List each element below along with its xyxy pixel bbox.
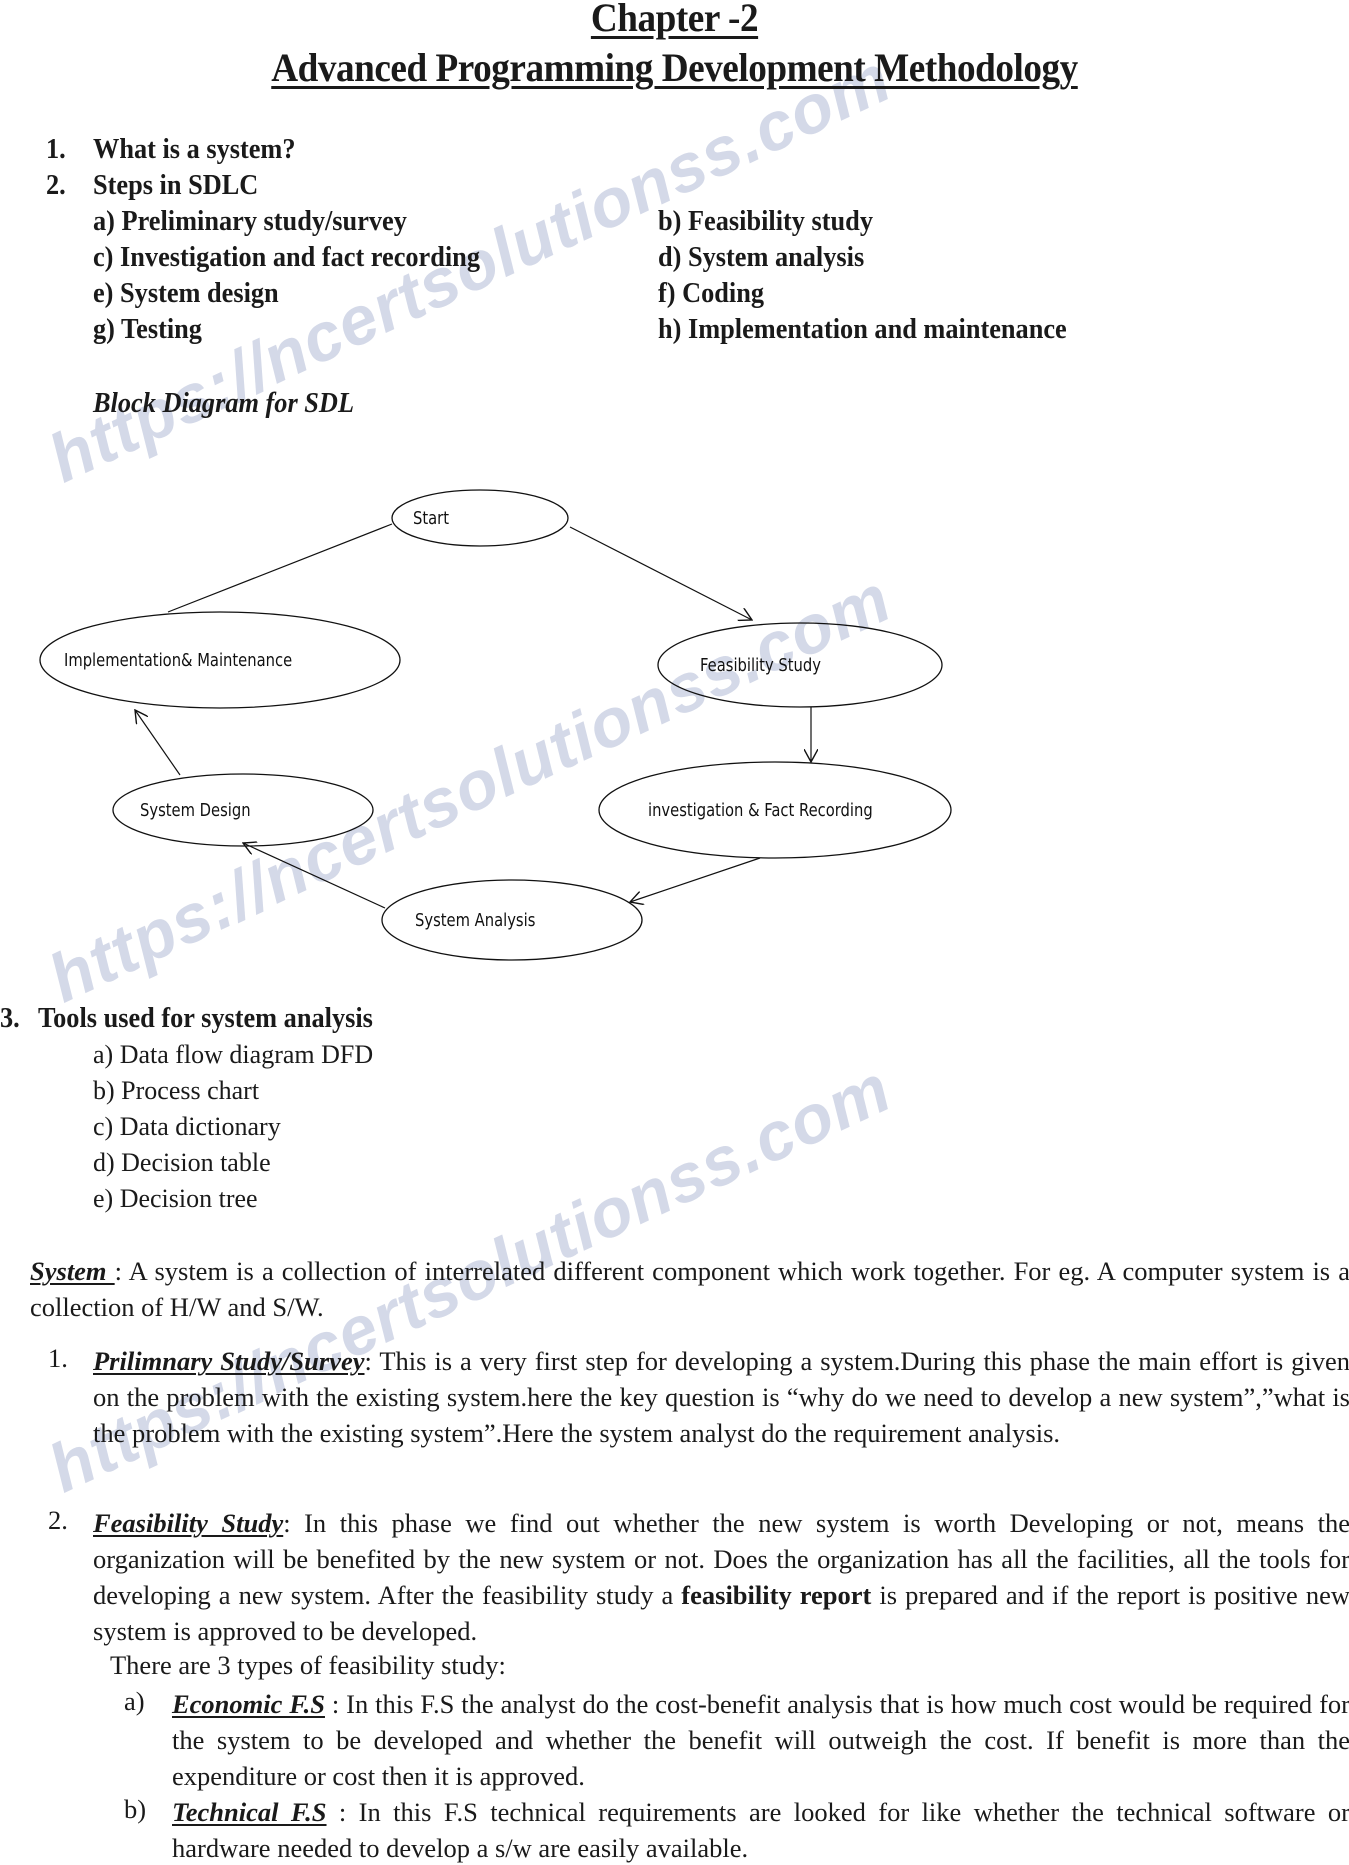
node-label: System Design bbox=[140, 800, 251, 821]
fs-intro: There are 3 types of feasibility study: bbox=[110, 1650, 506, 1681]
sdlc-step: d) System analysis bbox=[658, 242, 864, 274]
sdlc-step: g) Testing bbox=[93, 314, 202, 346]
system-text: : A system is a collection of interrelat… bbox=[30, 1256, 1349, 1322]
node-analysis: System Analysis bbox=[382, 880, 642, 960]
sdlc-step: f) Coding bbox=[658, 278, 764, 310]
definition-number: 2. bbox=[48, 1505, 68, 1536]
arrow-design-to-implementation bbox=[135, 710, 180, 775]
fs-economic: Economic F.S : In this F.S the analyst d… bbox=[172, 1686, 1349, 1794]
node-implementation: Implementation& Maintenance bbox=[40, 612, 400, 708]
tools-item: d) Decision table bbox=[93, 1148, 271, 1178]
node-label: Feasibility Study bbox=[700, 655, 821, 676]
page-title: Advanced Programming Development Methodo… bbox=[47, 44, 1302, 91]
definition-number: 1. bbox=[48, 1343, 68, 1374]
arrow-start-to-feasibility bbox=[570, 527, 752, 620]
fs-text: : In this F.S technical requirements are… bbox=[172, 1797, 1349, 1863]
sdlc-block-diagram: StartFeasibility Studyinvestigation & Fa… bbox=[0, 460, 1000, 980]
arrow-analysis-to-design bbox=[243, 843, 385, 908]
sdlc-step: h) Implementation and maintenance bbox=[658, 314, 1067, 346]
arrow-implementation-to-start bbox=[168, 524, 392, 612]
fs-term: Economic F.S bbox=[172, 1689, 325, 1719]
node-label: investigation & Fact Recording bbox=[648, 800, 873, 821]
tools-item: e) Decision tree bbox=[93, 1184, 258, 1214]
diagram-nodes: StartFeasibility Studyinvestigation & Fa… bbox=[40, 490, 951, 960]
node-label: System Analysis bbox=[415, 910, 535, 931]
sdlc-step: e) System design bbox=[93, 278, 279, 310]
definition-feasibility: Feasibility Study: In this phase we find… bbox=[93, 1505, 1349, 1649]
question-number: 2. bbox=[46, 170, 66, 202]
sdlc-step: a) Preliminary study/survey bbox=[93, 206, 407, 238]
definition-bold: feasibility report bbox=[681, 1580, 871, 1610]
fs-text: : In this F.S the analyst do the cost-be… bbox=[172, 1689, 1349, 1791]
node-label: Start bbox=[413, 508, 450, 529]
definition-preliminary: Prilimnary Study/Survey: This is a very … bbox=[93, 1343, 1349, 1451]
sdlc-step: b) Feasibility study bbox=[658, 206, 873, 238]
question-text: Steps in SDLC bbox=[93, 170, 258, 202]
node-start: Start bbox=[392, 490, 568, 546]
system-term: System bbox=[30, 1256, 115, 1286]
sdlc-step: c) Investigation and fact recording bbox=[93, 242, 480, 274]
diagram-edges bbox=[135, 524, 811, 908]
node-design: System Design bbox=[113, 774, 373, 846]
tools-heading: Tools used for system analysis bbox=[38, 1003, 373, 1035]
fs-term: Technical F.S bbox=[172, 1797, 327, 1827]
definition-term: Feasibility Study bbox=[93, 1508, 283, 1538]
tools-number: 3. bbox=[0, 1003, 20, 1035]
tools-item: a) Data flow diagram DFD bbox=[93, 1040, 373, 1070]
arrow-investigation-to-analysis bbox=[630, 858, 760, 902]
chapter-heading: Chapter -2 bbox=[47, 0, 1302, 41]
tools-item: b) Process chart bbox=[93, 1076, 259, 1106]
system-definition: System : A system is a collection of int… bbox=[30, 1253, 1349, 1325]
node-feasibility: Feasibility Study bbox=[658, 623, 942, 707]
diagram-caption: Block Diagram for SDL bbox=[93, 388, 354, 420]
fs-letter: a) bbox=[124, 1686, 145, 1717]
fs-technical: Technical F.S : In this F.S technical re… bbox=[172, 1794, 1349, 1865]
fs-letter: b) bbox=[124, 1794, 146, 1825]
question-number: 1. bbox=[46, 134, 66, 166]
definition-term: Prilimnary Study/Survey bbox=[93, 1346, 365, 1376]
node-investigation: investigation & Fact Recording bbox=[599, 762, 951, 858]
node-label: Implementation& Maintenance bbox=[64, 650, 292, 671]
tools-item: c) Data dictionary bbox=[93, 1112, 281, 1142]
question-text: What is a system? bbox=[93, 134, 296, 166]
